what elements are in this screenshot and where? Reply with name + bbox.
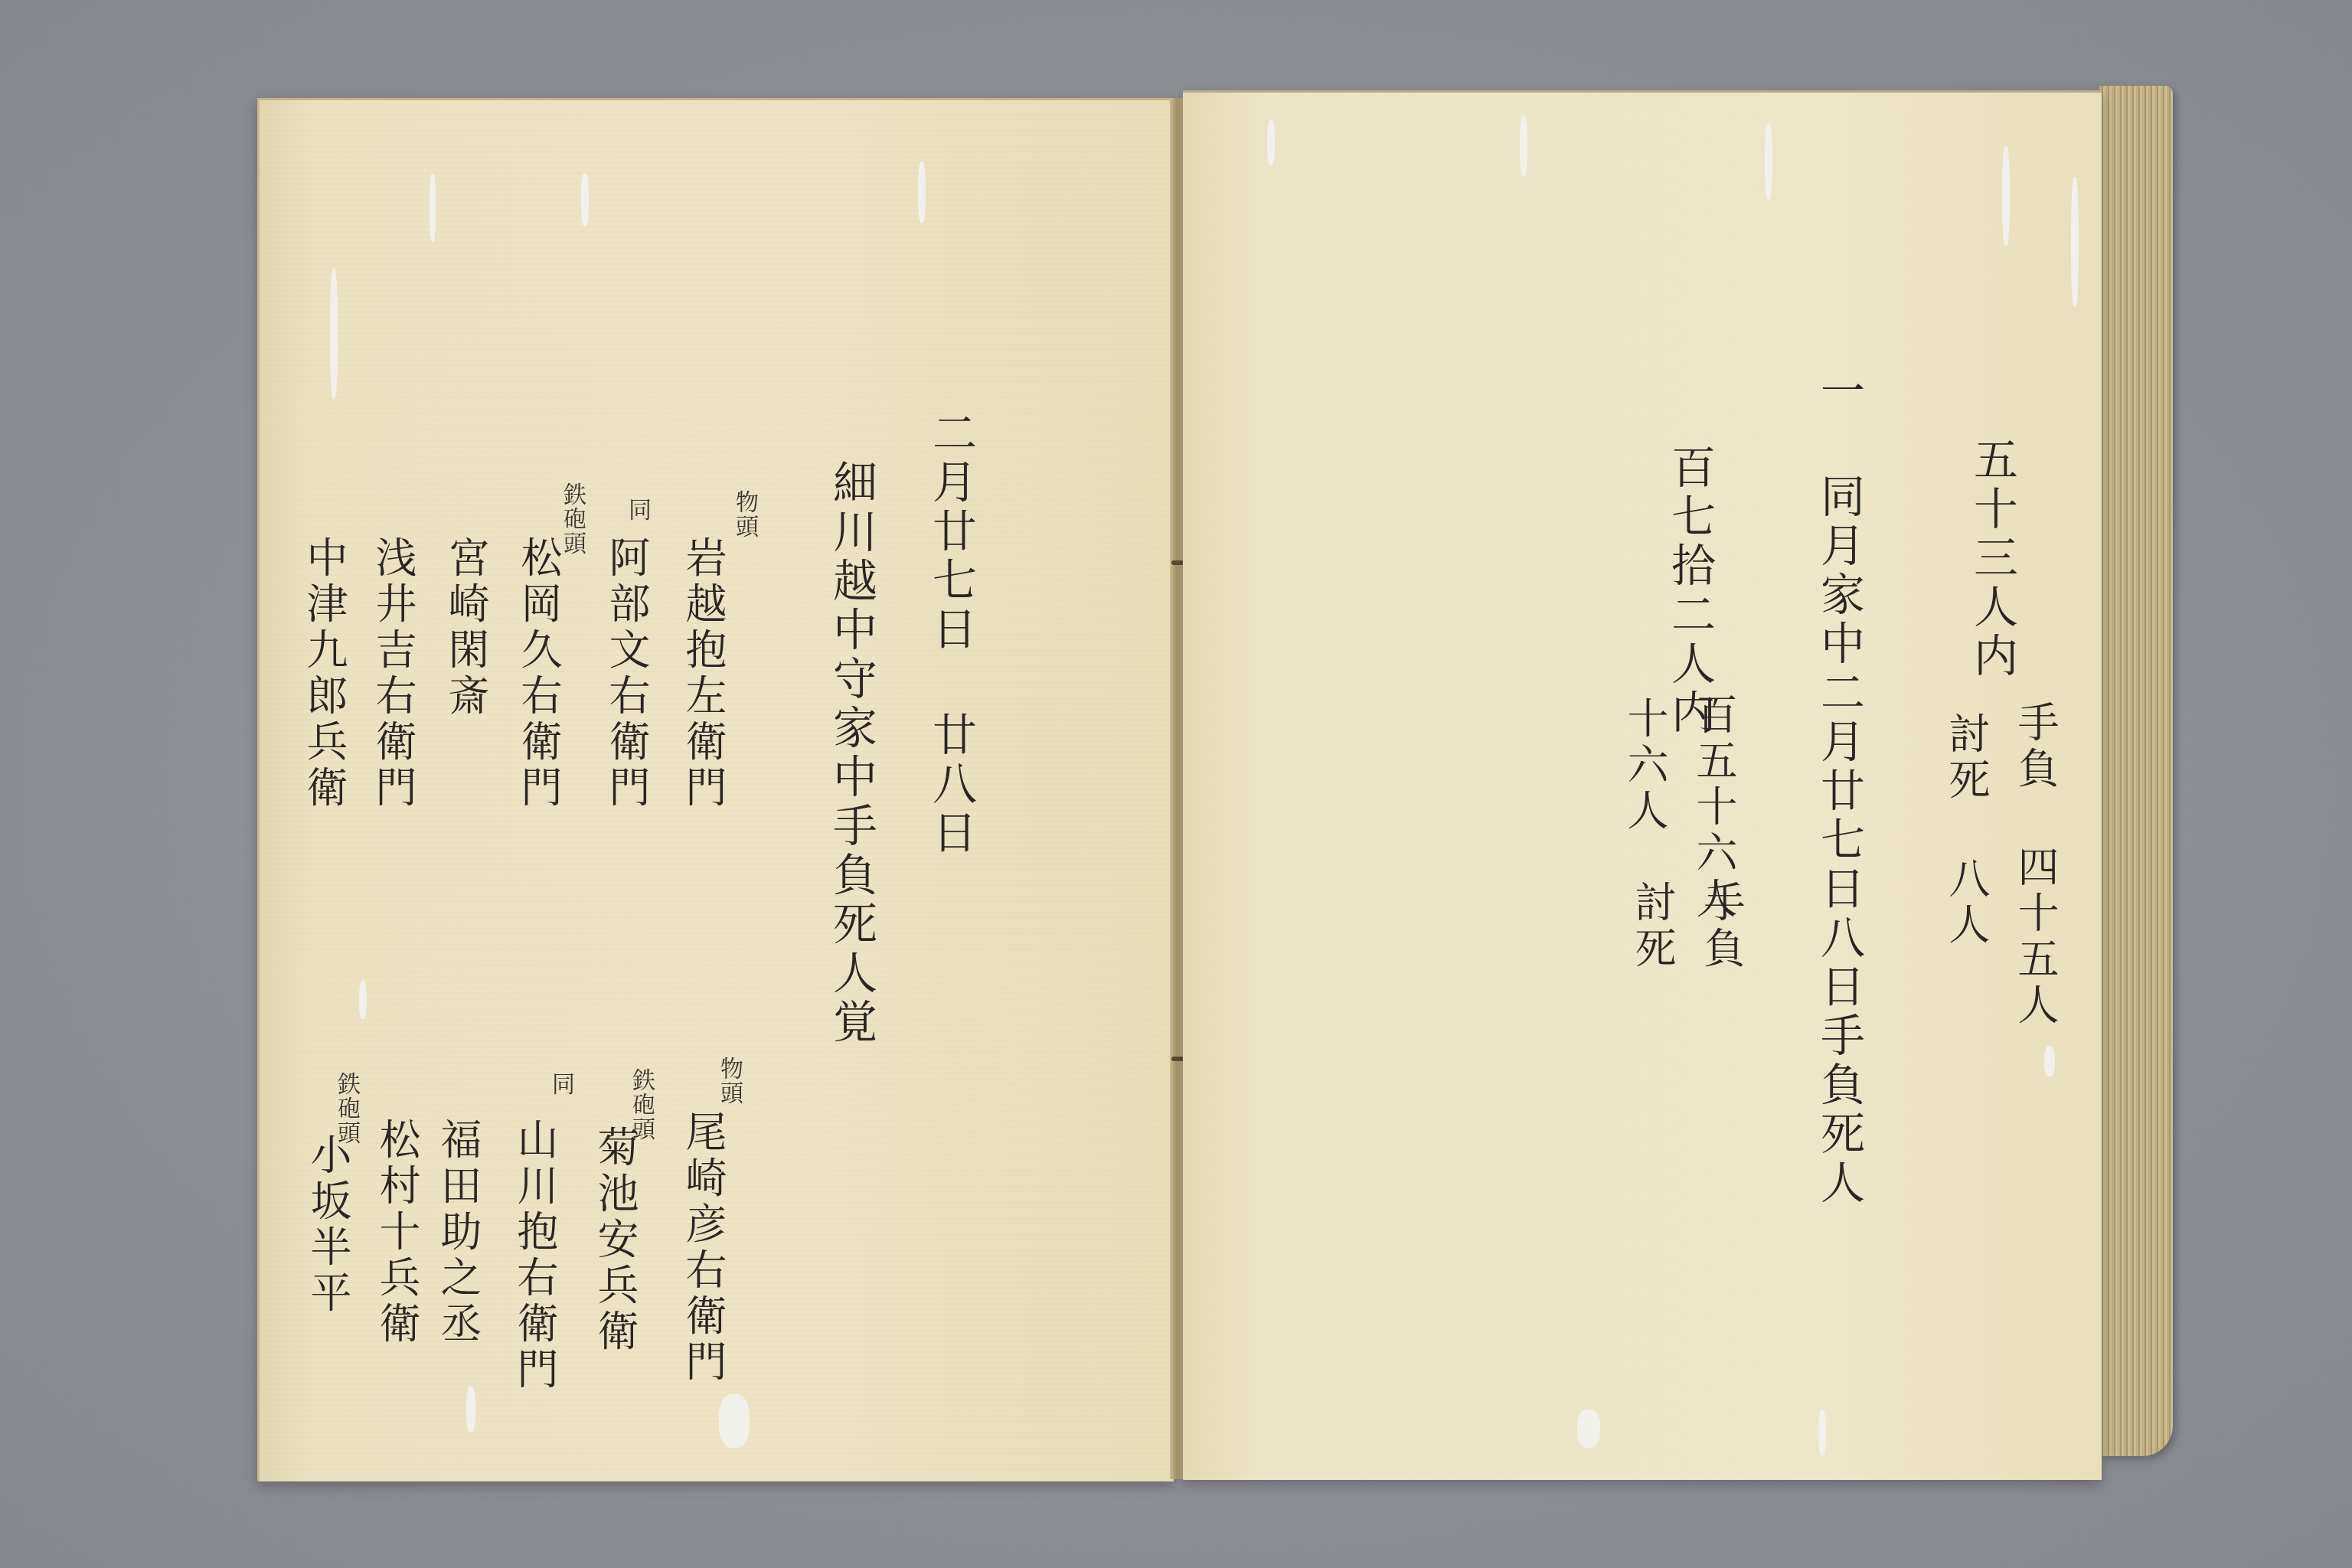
- text-annotation: 同: [544, 1072, 577, 1096]
- paper-damage: [918, 162, 926, 223]
- paper-damage: [466, 1387, 475, 1432]
- text-column-name: 福田助之丞: [429, 1118, 488, 1347]
- text-column-label: 討死: [1623, 880, 1682, 972]
- text-column-label: 手負: [1692, 880, 1751, 972]
- text-column-name: 小坂半平: [299, 1133, 358, 1317]
- paper-damage: [1267, 119, 1275, 165]
- text-column-killed: 討死 八人: [1937, 712, 1996, 949]
- text-column-total-2: 百七拾二人内: [1658, 444, 1722, 738]
- paper-damage: [581, 173, 589, 227]
- text-annotation: 同: [620, 498, 654, 522]
- text-column-wounded: 手負 四十五人: [2006, 701, 2065, 1029]
- paper-damage: [1520, 116, 1527, 177]
- paper-damage: [719, 1394, 750, 1448]
- text-column-name: 岩越抱左衛門: [674, 536, 733, 812]
- text-column-count: 十六人: [1615, 697, 1674, 835]
- paper-damage: [1577, 1410, 1600, 1448]
- text-column-name: 松村十兵衛: [367, 1118, 426, 1347]
- open-manuscript-book: 二月廿七日 廿八日 細川越中守家中手負死人覚 物頭 岩越抱左衛門 同 阿部文右衛…: [0, 0, 2352, 1568]
- text-column-name: 宮崎閑斎: [436, 536, 495, 720]
- paper-damage: [2071, 177, 2079, 307]
- paper-damage: [330, 269, 338, 399]
- paper-damage: [430, 173, 436, 242]
- text-column-name: 尾崎彦右衛門: [674, 1110, 733, 1386]
- text-column-name: 浅井吉右衛門: [364, 536, 423, 812]
- paper-damage: [1765, 123, 1772, 200]
- text-column-name: 山川抱右衛門: [505, 1118, 564, 1393]
- text-column-date: 二月廿七日 廿八日: [919, 410, 983, 858]
- text-annotation: 物頭: [712, 1057, 746, 1106]
- page-stack-edge: [2099, 86, 2173, 1456]
- binding-stitch: [1171, 1057, 1184, 1061]
- text-column-name: 松岡久右衛門: [509, 536, 568, 812]
- text-column-heading: 細川越中守家中手負死人覚: [819, 459, 884, 1047]
- binding-stitch: [1171, 560, 1184, 565]
- paper-damage: [2044, 1046, 2055, 1076]
- text-column-main-entry: 一 同月家中二月廿七日八日手負死人: [1807, 367, 1871, 1208]
- paper-damage: [359, 981, 367, 1019]
- text-column-name: 菊池安兵衛: [586, 1125, 645, 1355]
- text-column-name: 阿部文右衛門: [597, 536, 656, 812]
- text-column-name: 中津九郎兵衛: [295, 536, 354, 812]
- paper-damage: [1818, 1410, 1826, 1455]
- paper-damage: [2002, 146, 2010, 246]
- text-column-total: 五十三人内: [1960, 436, 2024, 681]
- text-annotation: 物頭: [727, 490, 761, 539]
